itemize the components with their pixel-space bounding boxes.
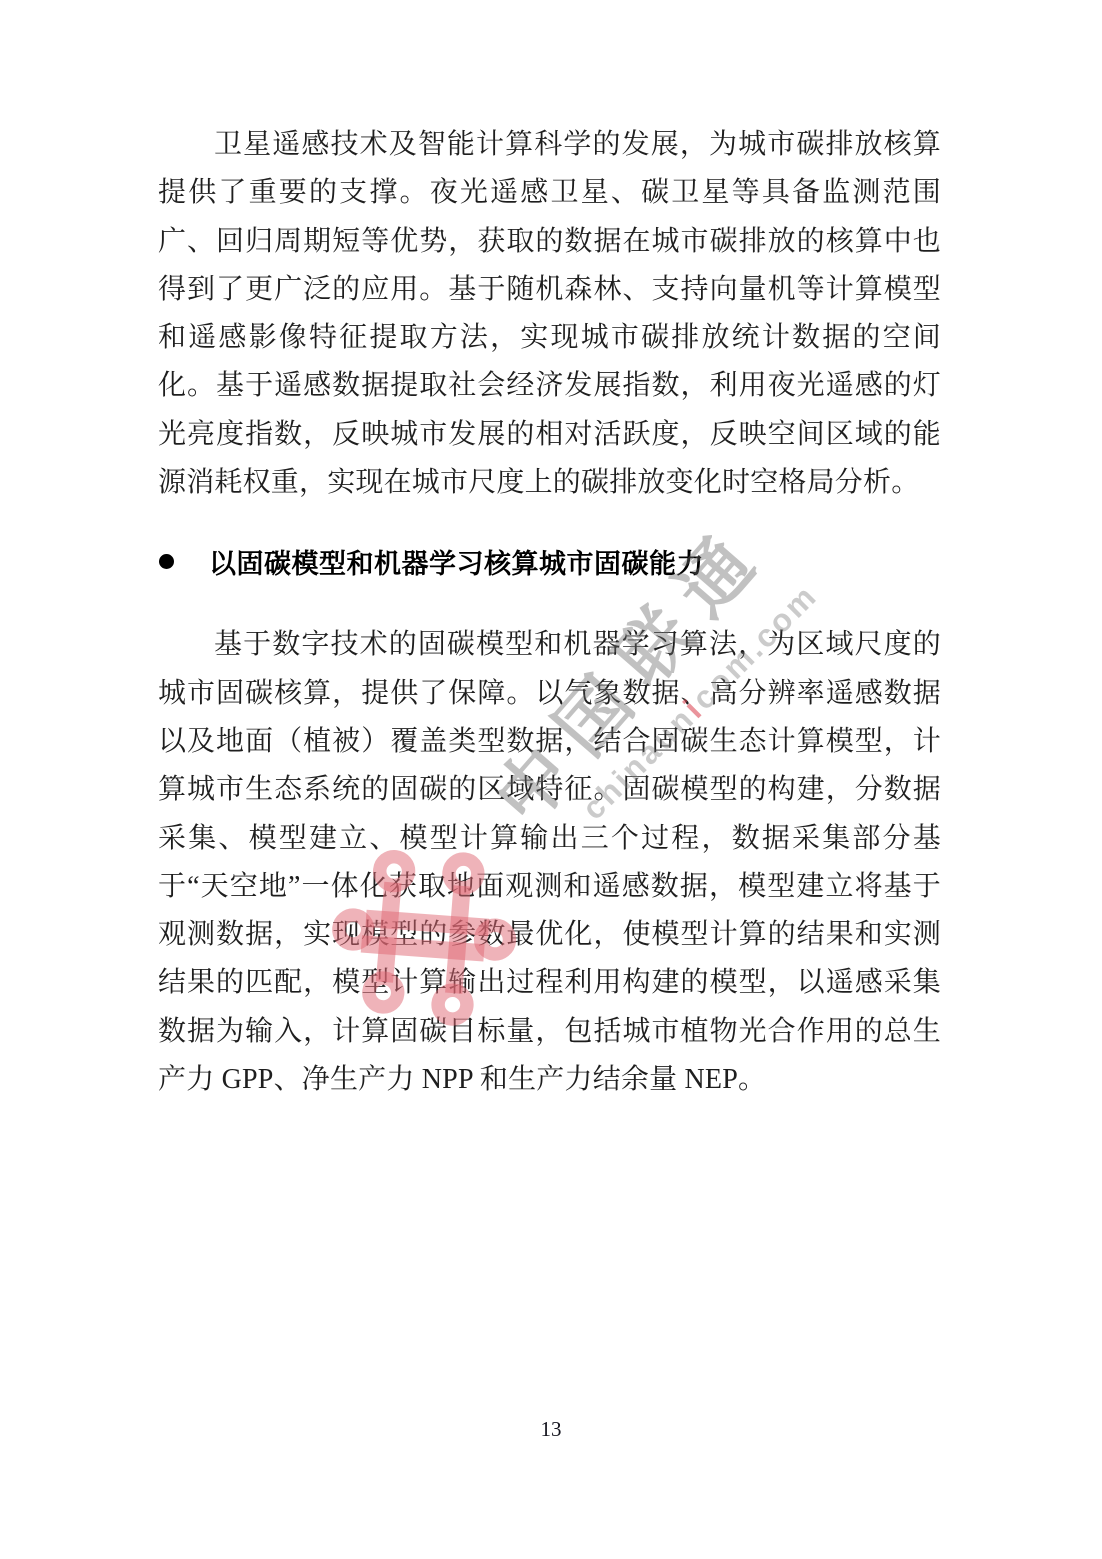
section-heading: 以固碳模型和机器学习核算城市固碳能力	[158, 537, 941, 585]
paragraph-1: 卫星遥感技术及智能计算科学的发展，为城市碳排放核算提供了重要的支撑。夜光遥感卫星…	[158, 121, 941, 507]
page-footer: 13	[0, 1417, 1102, 1442]
document-content: 卫星遥感技术及智能计算科学的发展，为城市碳排放核算提供了重要的支撑。夜光遥感卫星…	[158, 0, 941, 1104]
document-page: 卫星遥感技术及智能计算科学的发展，为城市碳排放核算提供了重要的支撑。夜光遥感卫星…	[0, 0, 1102, 1559]
paragraph-2: 基于数字技术的固碳模型和机器学习算法，为区域尺度的城市固碳核算，提供了保障。以气…	[158, 621, 941, 1104]
section-heading-text: 以固碳模型和机器学习核算城市固碳能力	[209, 542, 704, 581]
bullet-icon	[159, 554, 174, 569]
page-number: 13	[541, 1417, 562, 1441]
